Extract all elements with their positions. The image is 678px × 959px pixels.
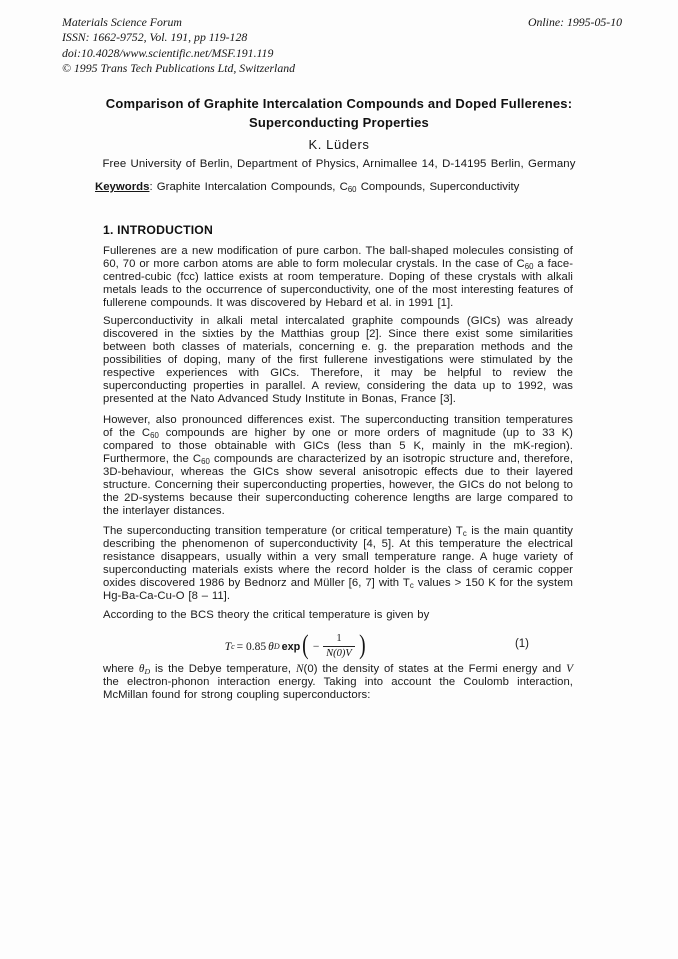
paper-title-line2: Superconducting Properties (60, 113, 618, 132)
section-heading-introduction: 1. INTRODUCTION (103, 223, 213, 237)
copyright-line: © 1995 Trans Tech Publications Ltd, Swit… (62, 61, 295, 76)
paragraph-1: Fullerenes are a new modification of pur… (103, 245, 573, 310)
paper-page: Materials Science Forum ISSN: 1662-9752,… (0, 0, 678, 959)
online-date: Online: 1995-05-10 (528, 15, 622, 30)
journal-header: Materials Science Forum ISSN: 1662-9752,… (62, 15, 295, 77)
c60-subscript: 60 (525, 262, 534, 271)
paragraph-3: However, also pronounced differences exi… (103, 414, 573, 518)
eq-fraction: 1N(0)V (322, 633, 355, 660)
paragraph-6-text: where (103, 663, 139, 675)
eq-equals-coefficient: = 0.85 (235, 641, 269, 653)
keywords-text: Graphite Intercalation Compounds, C (157, 181, 348, 193)
paragraph-5: According to the BCS theory the critical… (103, 609, 573, 622)
keywords-c60-subscript: 60 (348, 185, 357, 194)
paragraph-2: Superconductivity in alkali metal interc… (103, 315, 573, 406)
equation-body: Tc = 0.85 θDexp(−1N(0)V) (61, 633, 531, 660)
n-symbol: N (296, 663, 304, 675)
c60-subscript: 60 (201, 457, 210, 466)
paper-title: Comparison of Graphite Intercalation Com… (60, 94, 618, 132)
journal-name: Materials Science Forum (62, 15, 295, 30)
right-parenthesis: ) (358, 629, 366, 661)
eq-minus-sign: − (311, 641, 322, 653)
paragraph-4-text: The superconducting transition temperatu… (103, 525, 463, 537)
issn-line: ISSN: 1662-9752, Vol. 191, pp 119-128 (62, 30, 295, 45)
keywords-label: Keywords (95, 181, 149, 193)
keywords-separator: : (149, 181, 156, 193)
eq-exp-operator: exp (280, 641, 301, 653)
eq-var-theta: θ (268, 641, 274, 653)
affiliation: Free University of Berlin, Department of… (60, 158, 618, 170)
keywords-text-tail: Compounds, Superconductivity (357, 181, 520, 193)
doi-line: doi:10.4028/www.scientific.net/MSF.191.1… (62, 46, 295, 61)
paragraph-4: The superconducting transition temperatu… (103, 525, 573, 603)
eq-denominator: N(0)V (323, 646, 355, 660)
equation-1: Tc = 0.85 θDexp(−1N(0)V) (1) (103, 633, 573, 667)
equation-number: (1) (515, 638, 529, 650)
paragraph-6-text-tail: the electron-phonon interaction energy. … (103, 676, 573, 701)
c60-subscript: 60 (150, 431, 159, 440)
paragraph-6-text: (0) the density of states at the Fermi e… (304, 663, 567, 675)
paragraph-1-text: Fullerenes are a new modification of pur… (103, 245, 573, 270)
v-symbol: V (566, 663, 573, 675)
paper-title-line1: Comparison of Graphite Intercalation Com… (60, 94, 618, 113)
author-name: K. Lüders (60, 137, 618, 152)
eq-numerator: 1 (322, 633, 355, 646)
paragraph-6-text: is the Debye temperature, (150, 663, 296, 675)
keywords-line: Keywords: Graphite Intercalation Compoun… (95, 181, 575, 193)
paragraph-6: where θD is the Debye temperature, N(0) … (103, 663, 573, 702)
left-parenthesis: ( (302, 629, 310, 661)
